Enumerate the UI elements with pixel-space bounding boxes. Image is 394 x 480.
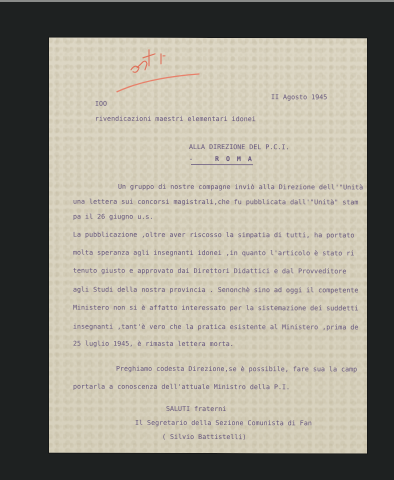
body-line-11: Preghiamo codesta Direzione,se è possibi… [116, 365, 357, 374]
body-line-4: La pubblicazione ,oltre aver riscosso la… [73, 231, 354, 240]
body-line-2: una lettera sui concorsi magistrali,che … [73, 198, 358, 207]
scanner-edge [0, 0, 394, 2]
signatory-name: ( Silvio Battistelli) [162, 433, 246, 441]
red-pencil-annotation-icon [115, 48, 215, 98]
closing-greeting: SALUTI fraterni [166, 405, 226, 413]
letter-date: II Agosto 1945 [271, 93, 327, 101]
letter-subject: rivendicazioni maestri elementari idonei [95, 115, 256, 123]
body-line-6: tenuto giusto e approvato dai Direttori … [73, 267, 346, 276]
body-line-1: Un gruppo di nostre compagne inviò alla … [118, 183, 363, 192]
letter-page: II Agosto 1945 IOO rivendicazioni maestr… [49, 38, 367, 454]
recipient-city: R O M A [215, 155, 253, 163]
body-line-8: Ministero non si è affatto interessato p… [73, 304, 358, 313]
body-line-3: pa il 26 giugno u.s. [73, 213, 153, 221]
body-line-5: molta speranza agli insegnanti idonei ,i… [73, 249, 354, 258]
body-line-10: 25 luglio 1945, è rimasta lettera morta. [73, 340, 234, 348]
signatory-title: Il Segretario della Sezione Comunista di… [135, 419, 312, 427]
recipient-dash: - [189, 155, 193, 163]
scanned-document-view: II Agosto 1945 IOO rivendicazioni maestr… [0, 0, 394, 480]
body-line-12: portarla a conoscenza dell'attuale Minis… [73, 383, 290, 392]
recipient-city-underline [191, 164, 253, 165]
recipient-line: ALLA DIREZIONE DEL P.C.I. [189, 143, 290, 151]
body-line-9: insegnanti ,tant'è vero che la pratica e… [73, 323, 358, 332]
letter-reference-number: IOO [95, 100, 107, 108]
body-line-7: agli Studi della nostra provincia . Seno… [73, 286, 358, 295]
